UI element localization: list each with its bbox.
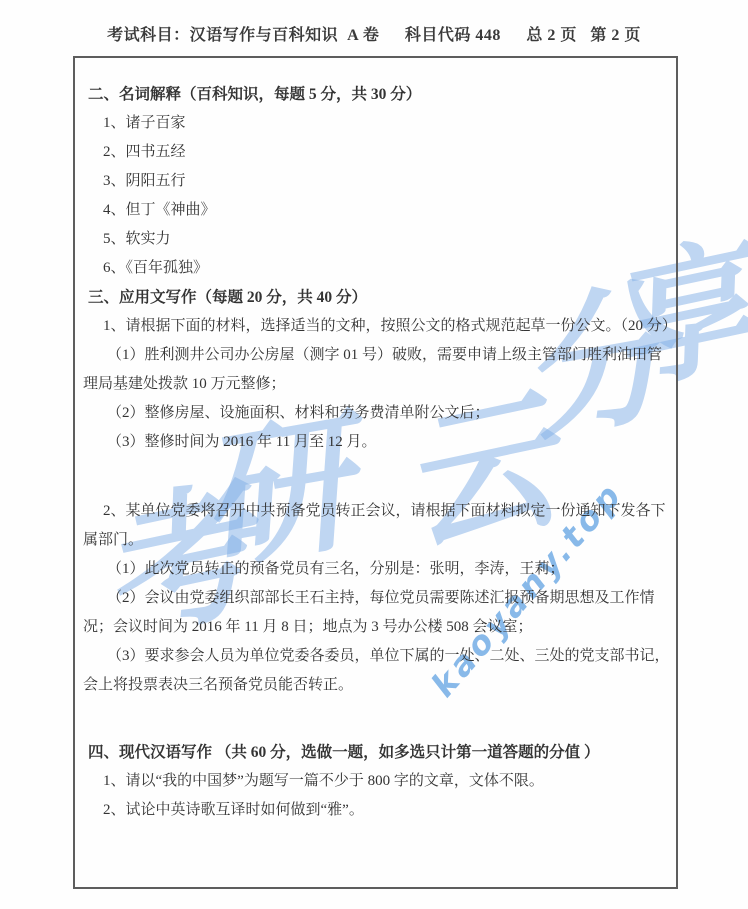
section3-q2-line: （3）要求参会人员为单位党委各委员，单位下属的一处、二处、三处的党支部书记， (83, 642, 666, 671)
section3-q2-line: （1）此次党员转正的预备党员有三名，分别是：张明，李涛，王莉； (83, 555, 666, 584)
section2-item: 6、《百年孤独》 (83, 254, 666, 283)
section3-q1-line: 理局基建处拨款 10 万元整修； (83, 370, 666, 399)
exam-content-box: 二、名词解释（百科知识，每题 5 分，共 30 分） 1、诸子百家 2、四书五经… (73, 56, 678, 889)
section3-q2-line: （2）会议由党委组织部部长王石主持，每位党员需要陈述汇报预备期思想及工作情 (83, 584, 666, 613)
section3-q2-line: 2、某单位党委将召开中共预备党员转正会议，请根据下面材料拟定一份通知下发各下 (83, 497, 666, 526)
page-header: 考试科目：汉语写作与百科知识 A 卷 科目代码 448 总 2 页 第 2 页 (0, 22, 748, 45)
section4-item: 2、试论中英诗歌互译时如何做到“雅”。 (83, 796, 666, 825)
section2-title: 二、名词解释（百科知识，每题 5 分，共 30 分） (83, 80, 666, 109)
section3-q2-line: 属部门。 (83, 526, 666, 555)
section3-q2-line: 况；会议时间为 2016 年 11 月 8 日；地点为 3 号办公楼 508 会… (83, 613, 666, 642)
section3-q1-line: （2）整修房屋、设施面积、材料和劳务费清单附公文后； (83, 399, 666, 428)
section2-item: 4、但丁《神曲》 (83, 196, 666, 225)
section3-q1-line: （1）胜利测井公司办公房屋（测字 01 号）破败，需要申请上级主管部门胜利油田管 (83, 341, 666, 370)
section3-q1-intro: 1、请根据下面的材料，选择适当的文种，按照公文的格式规范起草一份公文。（20 分… (83, 312, 666, 341)
section2-item: 2、四书五经 (83, 138, 666, 167)
section3-q1-line: （3）整修时间为 2016 年 11 月至 12 月。 (83, 428, 666, 457)
exam-content: 二、名词解释（百科知识，每题 5 分，共 30 分） 1、诸子百家 2、四书五经… (83, 80, 666, 825)
section2-item: 3、阴阳五行 (83, 167, 666, 196)
section2-item: 1、诸子百家 (83, 109, 666, 138)
section4-title: 四、现代汉语写作 （共 60 分，选做一题，如多选只计第一道答题的分值 ） (83, 738, 666, 767)
exam-paper-page: 考 研 云 分 享 kaoyany.top 考试科目：汉语写作与百科知识 A 卷… (0, 0, 748, 909)
section3-title: 三、应用文写作（每题 20 分，共 40 分） (83, 283, 666, 312)
section2-item: 5、软实力 (83, 225, 666, 254)
section3-q2-line: 会上将投票表决三名预备党员能否转正。 (83, 671, 666, 700)
section4-item: 1、请以“我的中国梦”为题写一篇不少于 800 字的文章，文体不限。 (83, 767, 666, 796)
